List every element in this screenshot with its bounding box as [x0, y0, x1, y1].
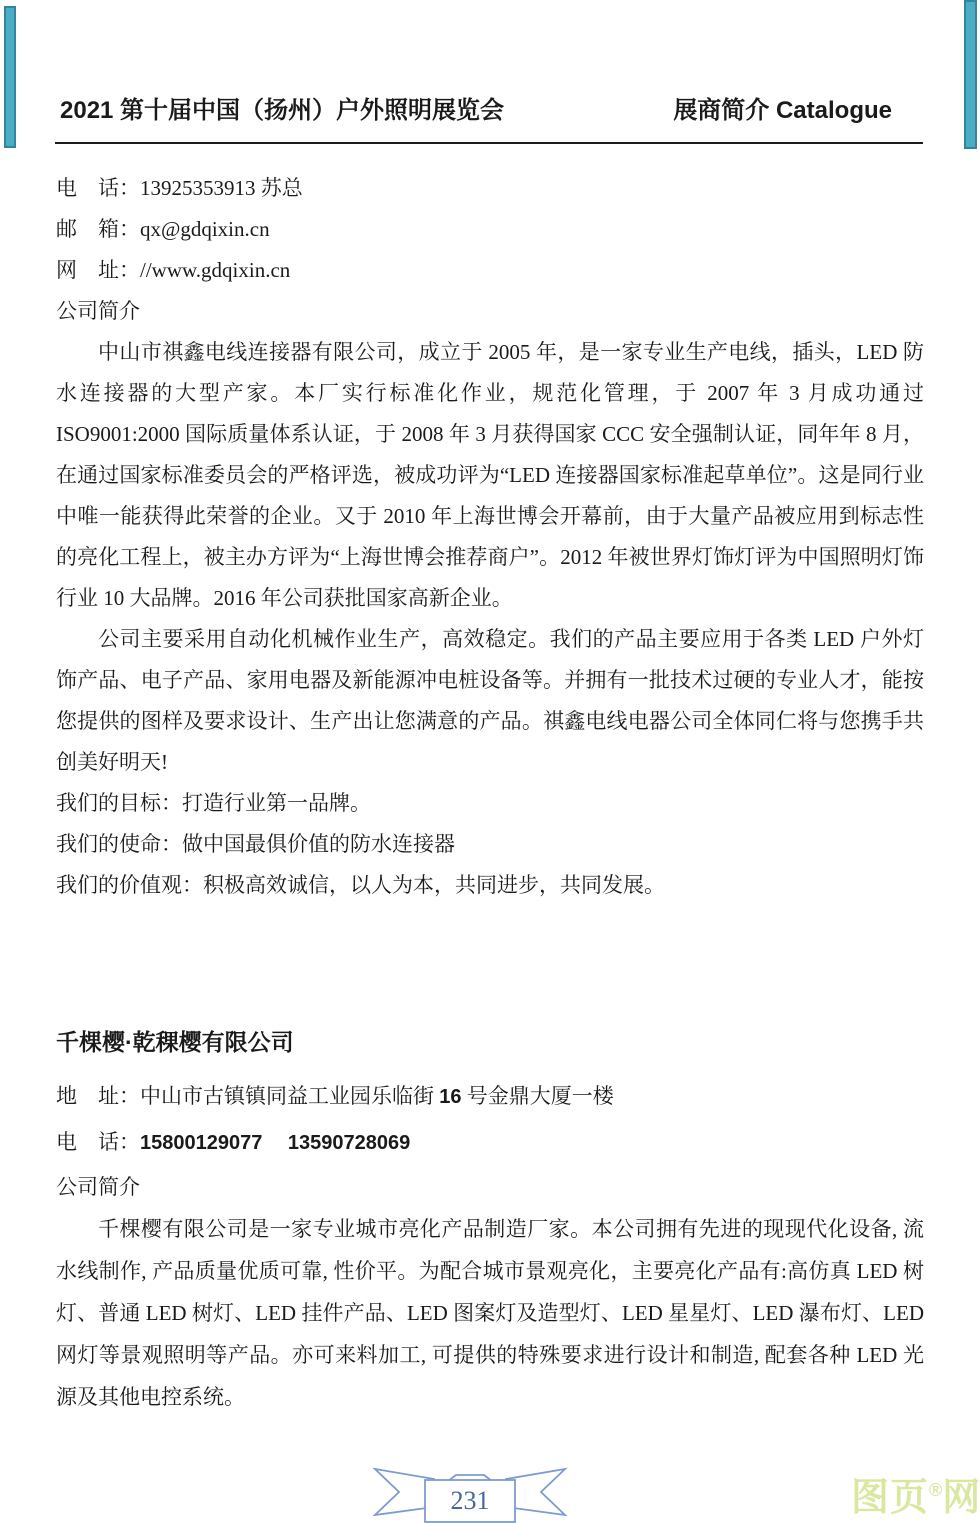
mission-values-line: 我们的价值观：积极高效诚信，以人为本，共同进步，共同发展。 — [56, 865, 924, 906]
phone2-row: 电 话：15800129077 13590728069 — [56, 1120, 924, 1166]
address-post: 号金鼎大厦一楼 — [462, 1084, 614, 1108]
mission-statement-line: 我们的使命：做中国最俱价值的防水连接器 — [56, 824, 924, 865]
watermark-text-2: 网 — [942, 1477, 980, 1519]
phone2-label: 电 话： — [56, 1130, 140, 1154]
page-header: 2021 第十届中国（扬州）户外照明展览会 展商简介 Catalogue — [60, 94, 892, 128]
company1-paragraph-2: 公司主要采用自动化机械作业生产，高效稳定。我们的产品主要应用于各类 LED 户外… — [56, 619, 924, 783]
website-label: 网 址： — [56, 258, 140, 282]
company2-intro-label: 公司简介 — [56, 1166, 924, 1208]
catalogue-title: 展商简介 Catalogue — [673, 94, 892, 128]
company1-section: 电 话：13925353913 苏总 邮 箱：qx@gdqixin.cn 网 址… — [56, 168, 924, 906]
company1-paragraph-1: 中山市祺鑫电线连接器有限公司，成立于 2005 年，是一家专业生产电线，插头，L… — [56, 332, 924, 619]
email-row: 邮 箱：qx@gdqixin.cn — [56, 209, 924, 250]
company2-section: 千棵樱·乾稞樱有限公司 地 址：中山市古镇镇同益工业园乐临街 16 号金鼎大厦一… — [56, 1024, 924, 1418]
company1-intro-label: 公司简介 — [56, 291, 924, 332]
email-value: qx@gdqixin.cn — [140, 217, 270, 241]
website-row: 网 址：//www.gdqixin.cn — [56, 250, 924, 291]
phone2-numbers: 15800129077 13590728069 — [140, 1132, 410, 1154]
company2-name: 千棵樱·乾稞樱有限公司 — [56, 1024, 924, 1060]
watermark-text-1: 图页 — [851, 1477, 929, 1519]
website-value: //www.gdqixin.cn — [140, 258, 290, 282]
phone-value: 13925353913 苏总 — [140, 176, 303, 200]
mission-goal-line: 我们的目标：打造行业第一品牌。 — [56, 783, 924, 824]
email-label: 邮 箱： — [56, 217, 140, 241]
phone-row: 电 话：13925353913 苏总 — [56, 168, 924, 209]
left-accent-bar — [4, 6, 16, 148]
watermark-logo: 图页®网 — [851, 1468, 980, 1520]
company2-paragraph: 千棵樱有限公司是一家专业城市亮化产品制造厂家。本公司拥有先进的现现代化设备, 流… — [56, 1208, 924, 1418]
registered-mark-icon: ® — [929, 1480, 942, 1500]
address-label: 地 址： — [56, 1084, 140, 1108]
page-number-ribbon: 231 — [368, 1462, 572, 1523]
exhibition-title: 2021 第十届中国（扬州）户外照明展览会 — [60, 94, 504, 128]
phone-label: 电 话： — [56, 176, 140, 200]
address-number: 16 — [439, 1086, 461, 1108]
header-divider — [55, 142, 923, 144]
address-pre: 中山市古镇镇同益工业园乐临街 — [140, 1084, 439, 1108]
address-row: 地 址：中山市古镇镇同益工业园乐临街 16 号金鼎大厦一楼 — [56, 1074, 924, 1120]
right-accent-bar — [964, 0, 977, 149]
page-number: 231 — [451, 1486, 490, 1515]
